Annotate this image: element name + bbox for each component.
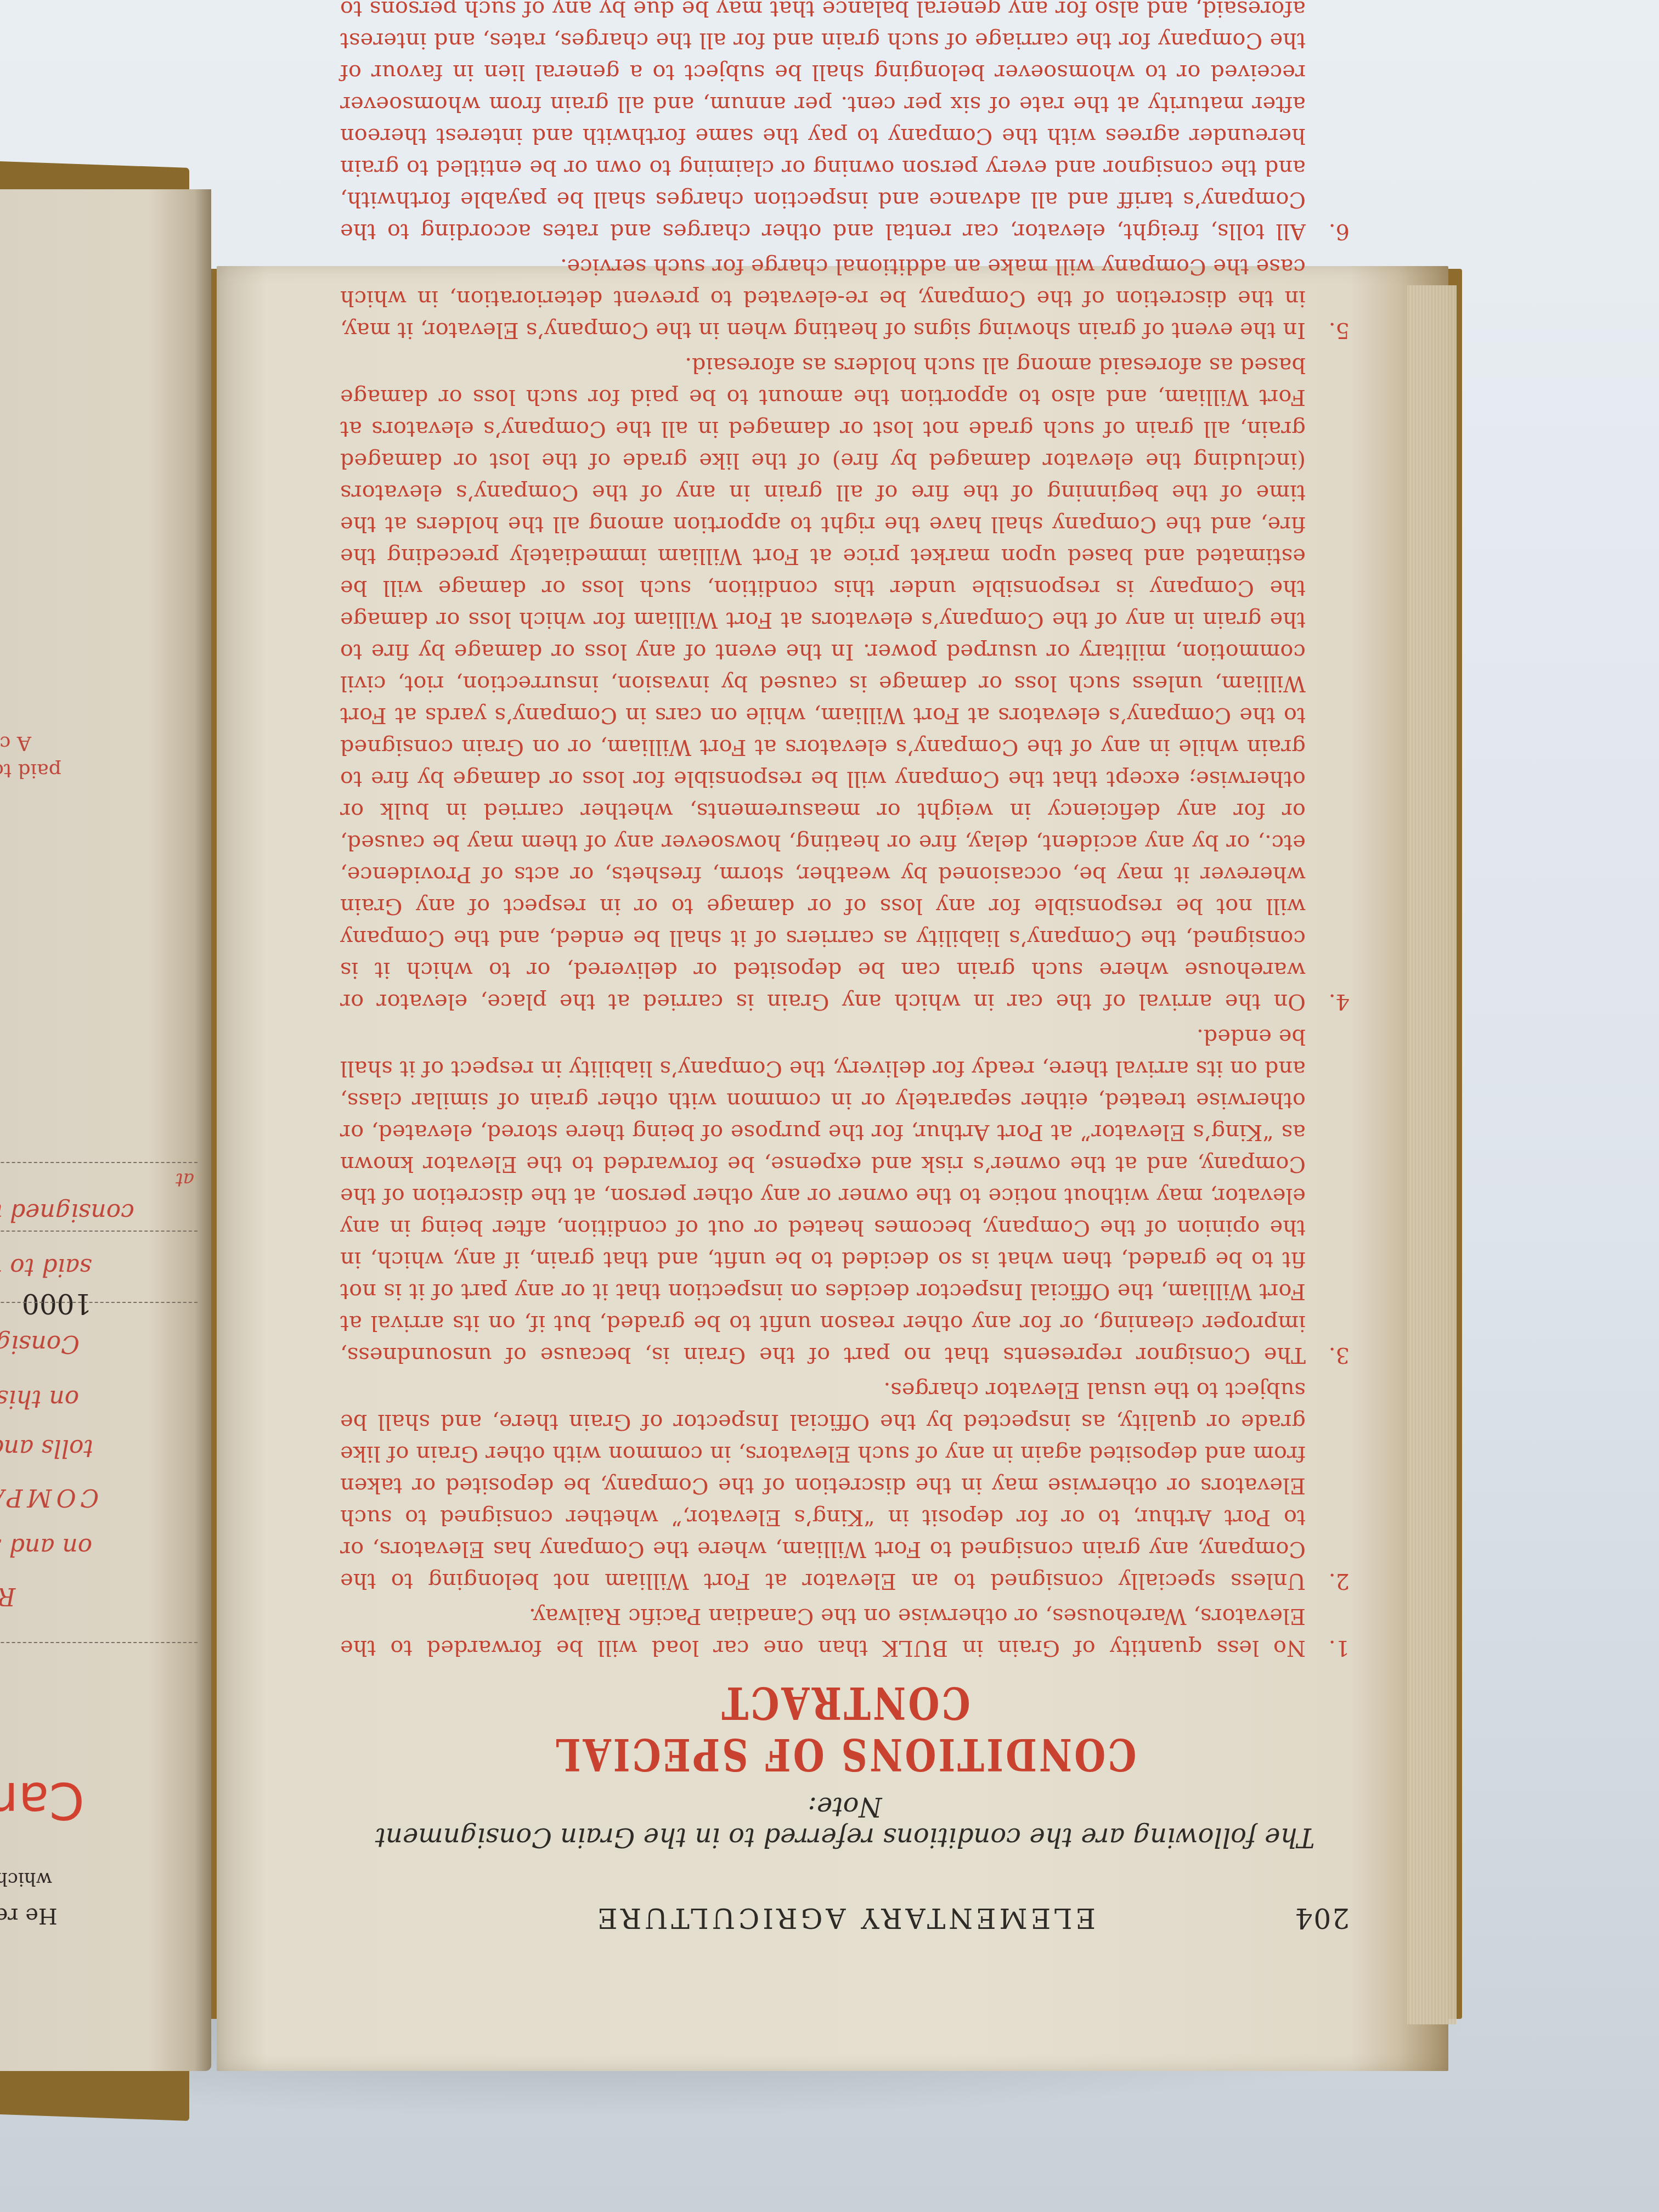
clause-text: No less quantity of Grain in BULK than o…	[340, 1600, 1306, 1664]
left-fragment: Consignor’s req	[0, 1330, 80, 1358]
section-heading: CONDITIONS OF SPECIAL CONTRACT	[431, 1677, 1259, 1780]
left-fragment: A charge o	[0, 732, 31, 754]
clause-4: 4. On the arrival of the car in which an…	[340, 349, 1350, 1018]
left-fragment: on and subject t	[0, 1533, 92, 1561]
left-fragment: said to weigh	[0, 1253, 92, 1281]
left-fragment: paid to the Com	[0, 759, 61, 782]
clause-number: 6.	[1306, 0, 1350, 247]
left-fragment: which contained o	[0, 1868, 52, 1890]
form-rule	[0, 1162, 198, 1163]
right-page: 204 ELEMENTARY AGRICULTURE The following…	[217, 266, 1448, 2071]
intro-line: The following are the conditions referre…	[340, 1791, 1350, 1853]
left-fragment: RECEIVE	[0, 1582, 15, 1610]
left-fragment: at	[176, 1169, 194, 1190]
clause-5: 5. In the event of grain showing signs o…	[340, 251, 1350, 346]
right-page-content: 204 ELEMENTARY AGRICULTURE The following…	[217, 266, 1448, 2071]
clause-text: All tolls, freight, elevator, car rental…	[340, 0, 1306, 247]
clause-3: 3. The Consignor represents that no part…	[340, 1021, 1350, 1371]
running-head: 204 ELEMENTARY AGRICULTURE	[340, 1902, 1350, 1934]
clause-text: The Consignor represents that no part of…	[340, 1021, 1306, 1371]
clause-number: 1.	[1306, 1600, 1350, 1664]
clause-2: 2. Unless specially consigned to an Elev…	[340, 1374, 1350, 1597]
form-rule	[0, 1231, 198, 1232]
form-rule	[0, 1642, 198, 1643]
page-number: 204	[1262, 1902, 1350, 1934]
left-fragment: He received	[0, 1903, 58, 1928]
left-fragment: 1000	[22, 1288, 92, 1319]
clause-text: In the event of grain showing signs of h…	[340, 251, 1306, 346]
clause-text: On the arrival of the car in which any G…	[340, 349, 1306, 1018]
left-page-content: (S A charge o paid to the Com at consign…	[0, 189, 198, 2071]
clause-number: 4.	[1306, 349, 1350, 1018]
clause-number: 5.	[1306, 251, 1350, 346]
left-fragment: COMPANY, h	[0, 1483, 99, 1511]
left-fragment: tolls and charge	[0, 1434, 93, 1462]
left-fragment: consigned to	[0, 1198, 134, 1226]
page-edges	[1407, 285, 1457, 2024]
running-title: ELEMENTARY AGRICULTURE	[340, 1902, 1262, 1934]
clause-number: 2.	[1306, 1374, 1350, 1597]
text-block: 204 ELEMENTARY AGRICULTURE The following…	[340, 0, 1350, 1934]
clause-text: Unless specially consigned to an Elevato…	[340, 1374, 1306, 1597]
left-page: (S A charge o paid to the Com at consign…	[0, 189, 211, 2071]
left-fragment: Canadian	[0, 1771, 84, 1830]
form-rule	[0, 1302, 198, 1303]
clause-1: 1. No less quantity of Grain in BULK tha…	[340, 1600, 1350, 1664]
clause-number: 3.	[1306, 1021, 1350, 1371]
clause-6: 6. All tolls, freight, elevator, car ren…	[340, 0, 1350, 247]
left-fragment: on this and the	[0, 1385, 79, 1413]
